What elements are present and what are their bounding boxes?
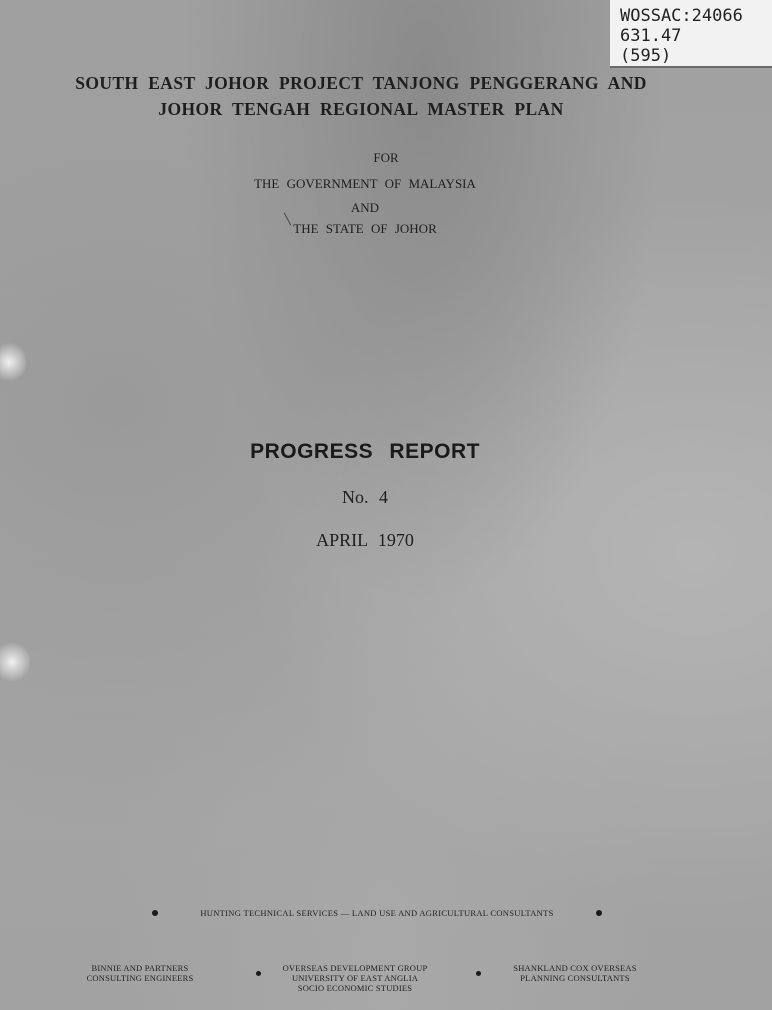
consultant-role: PLANNING CONSULTANTS bbox=[495, 973, 655, 983]
catalog-number: (595) bbox=[620, 46, 772, 66]
title-line-2: JOHOR TENGAH REGIONAL MASTER PLAN bbox=[0, 99, 722, 120]
scan-glare bbox=[0, 640, 30, 684]
client-for: FOR bbox=[0, 150, 772, 166]
hunting-consultant: HUNTING TECHNICAL SERVICES — LAND USE AN… bbox=[200, 908, 553, 918]
consultant-name: BINNIE AND PARTNERS bbox=[80, 963, 200, 973]
consultant-role: CONSULTING ENGINEERS bbox=[80, 973, 200, 983]
client-and: AND bbox=[0, 200, 730, 216]
consultant-institution: UNIVERSITY OF EAST ANGLIA bbox=[275, 973, 435, 983]
report-heading: PROGRESS REPORT bbox=[0, 440, 730, 464]
bullet-icon bbox=[256, 971, 261, 976]
catalog-label: WOSSAC:24066 631.47 (595) bbox=[610, 0, 772, 68]
bullet-icon bbox=[152, 910, 158, 916]
consultant-binnie: BINNIE AND PARTNERS CONSULTING ENGINEERS bbox=[80, 963, 200, 983]
report-number: No. 4 bbox=[0, 487, 730, 508]
scan-glare bbox=[0, 340, 26, 384]
consultant-odg: OVERSEAS DEVELOPMENT GROUP UNIVERSITY OF… bbox=[275, 963, 435, 993]
hunting-consultant-line: HUNTING TECHNICAL SERVICES — LAND USE AN… bbox=[152, 908, 602, 918]
client-state: THE STATE OF JOHOR bbox=[0, 221, 730, 237]
report-date: APRIL 1970 bbox=[0, 530, 730, 551]
title-line-1: SOUTH EAST JOHOR PROJECT TANJONG PENGGER… bbox=[0, 73, 722, 94]
bullet-icon bbox=[476, 971, 481, 976]
bullet-icon bbox=[596, 910, 602, 916]
client-government: THE GOVERNMENT OF MALAYSIA bbox=[0, 176, 730, 192]
catalog-class: 631.47 bbox=[620, 26, 772, 46]
consultant-name: SHANKLAND COX OVERSEAS bbox=[495, 963, 655, 973]
consultant-role: SOCIO ECONOMIC STUDIES bbox=[275, 983, 435, 993]
consultant-shankland: SHANKLAND COX OVERSEAS PLANNING CONSULTA… bbox=[495, 963, 655, 983]
consultant-name: OVERSEAS DEVELOPMENT GROUP bbox=[275, 963, 435, 973]
catalog-id: WOSSAC:24066 bbox=[620, 6, 772, 26]
